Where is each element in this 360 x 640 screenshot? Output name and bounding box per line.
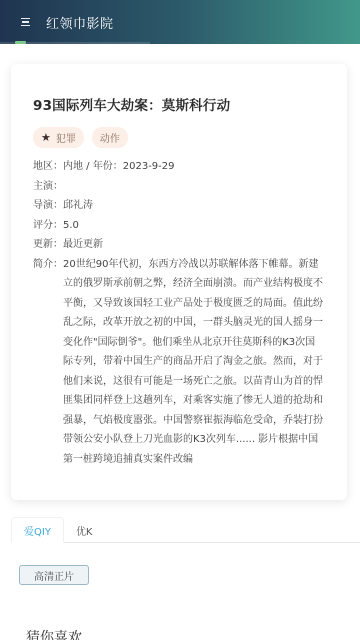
movie-detail-card: 93国际列车大劫案：莫斯科行动 ★ 犯罪 动作 地区： 内地 / 年份： 202…	[11, 64, 347, 500]
director-label: 导演：	[33, 196, 63, 216]
app-header: 红领巾影院	[0, 0, 360, 44]
genre-tag-action[interactable]: 动作	[92, 127, 128, 148]
app-title: 红领巾影院	[46, 13, 114, 32]
star-icon: ★	[41, 131, 51, 144]
info-director: 导演： 邱礼涛	[33, 196, 329, 216]
genre-tags: ★ 犯罪 动作	[33, 127, 329, 148]
genre-tag-label: 动作	[100, 130, 120, 145]
genre-tag-crime[interactable]: ★ 犯罪	[33, 127, 84, 148]
info-region-year: 地区： 内地 / 年份： 2023-9-29	[33, 157, 329, 177]
info-update: 更新： 最近更新	[33, 235, 329, 255]
genre-tag-label: 犯罪	[56, 130, 76, 145]
source-tabs: 爱QIY 优K	[11, 517, 360, 543]
separator: /	[83, 157, 93, 177]
rating-value: 5.0	[63, 216, 79, 236]
year-label: 年份：	[93, 157, 123, 177]
update-label: 更新：	[33, 235, 63, 255]
synopsis-text: 20世纪90年代初，东西方冷战以苏联解体落下帷幕。新建立的俄罗斯承前朝之弊，经济…	[63, 255, 325, 470]
header-indicator	[15, 41, 26, 44]
update-value: 最近更新	[63, 235, 103, 255]
recommend-title: 猜你喜欢	[26, 627, 82, 640]
rating-label: 评分：	[33, 216, 63, 236]
info-synopsis: 简介： 20世纪90年代初，东西方冷战以苏联解体落下帷幕。新建立的俄罗斯承前朝之…	[33, 255, 329, 470]
info-cast: 主演：	[33, 177, 329, 197]
tab-aiqiy[interactable]: 爱QIY	[11, 517, 64, 543]
movie-title: 93国际列车大劫案：莫斯科行动	[33, 94, 329, 114]
cast-label: 主演：	[33, 177, 63, 197]
tab-youk[interactable]: 优K	[64, 517, 105, 543]
director-value: 邱礼涛	[63, 196, 93, 216]
region-value: 内地	[63, 157, 83, 177]
menu-icon[interactable]	[15, 12, 35, 32]
info-rating: 评分： 5.0	[33, 216, 329, 236]
synopsis-label: 简介：	[33, 255, 63, 470]
region-label: 地区：	[33, 157, 63, 177]
movie-info: 地区： 内地 / 年份： 2023-9-29 主演： 导演： 邱礼涛 评分： 5…	[33, 157, 329, 469]
year-value: 2023-9-29	[123, 157, 175, 177]
episode-button-hd[interactable]: 高清正片	[19, 565, 89, 585]
